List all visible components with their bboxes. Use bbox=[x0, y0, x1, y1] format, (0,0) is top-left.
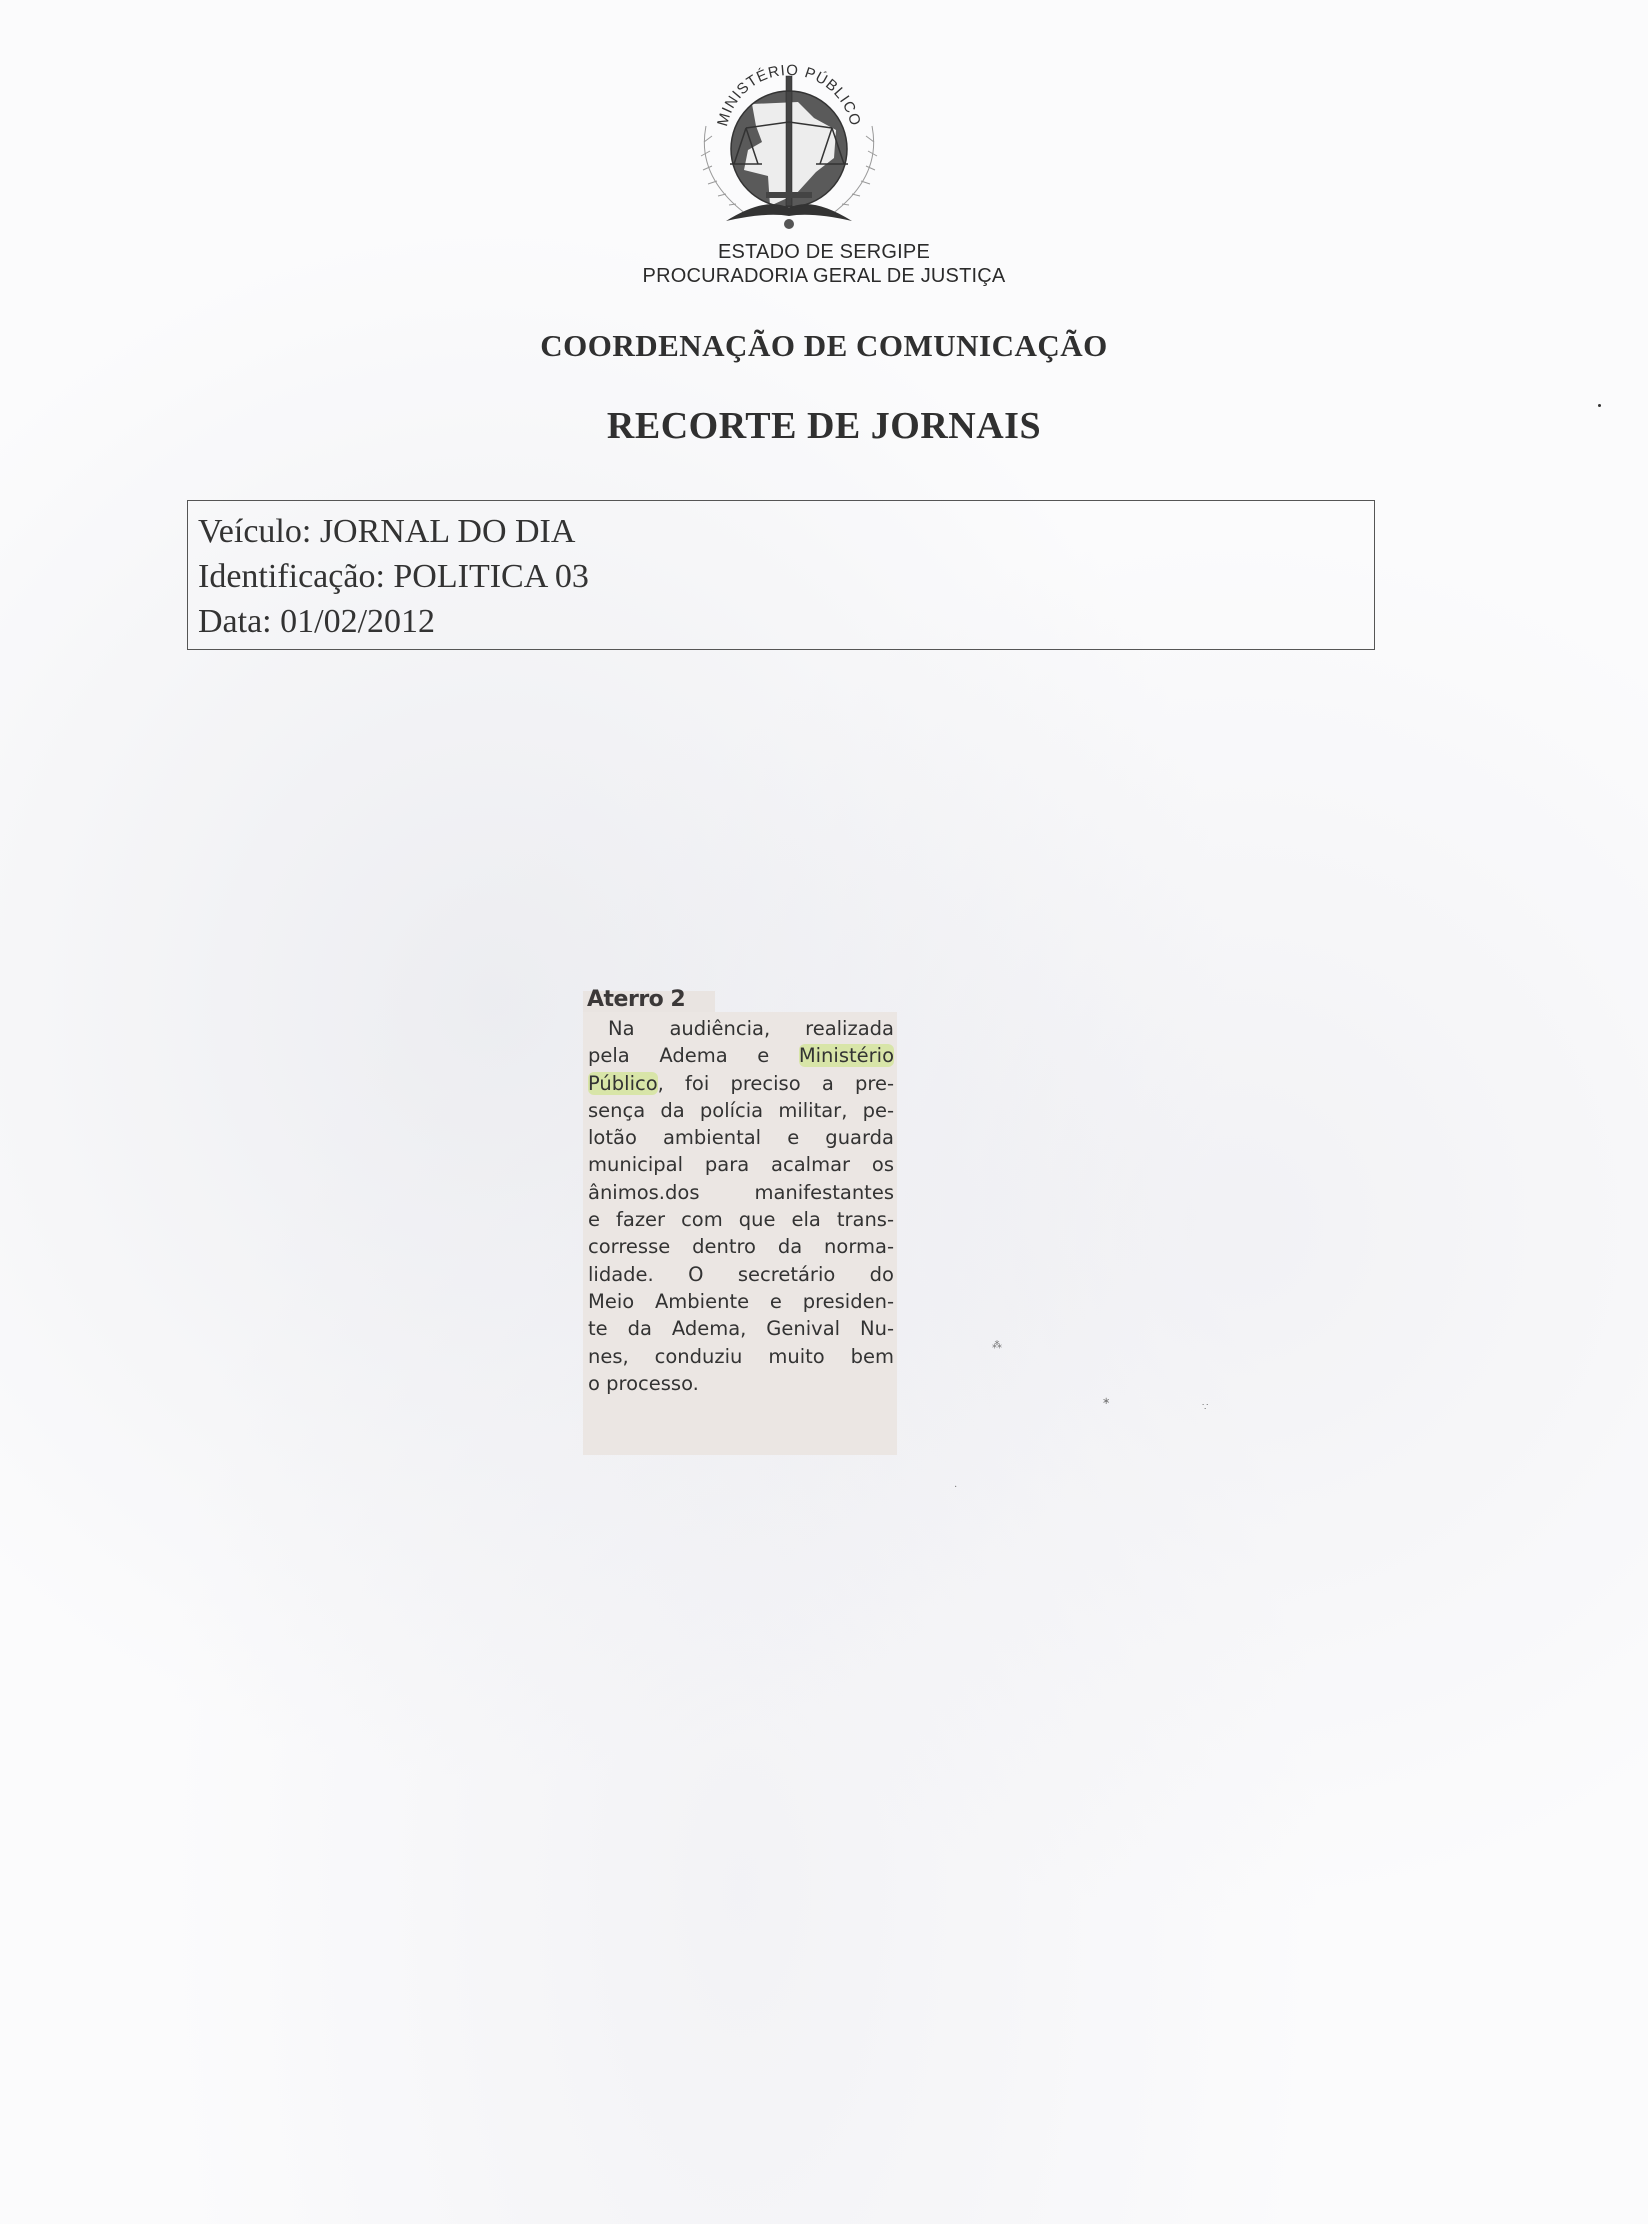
clipping-body: Na audiência, realizadapela Adema e Mini… bbox=[588, 1015, 894, 1397]
organization-name: PROCURADORIA GERAL DE JUSTIÇA bbox=[0, 264, 1648, 288]
highlighted-text: Público bbox=[588, 1072, 658, 1095]
date-label: Data: bbox=[198, 603, 272, 640]
vehicle-row: Veículo: JORNAL DO DIA bbox=[198, 509, 1374, 554]
clipping-heading: Aterro 2 bbox=[587, 987, 685, 1012]
department-title: COORDENAÇÃO DE COMUNICAÇÃO bbox=[0, 328, 1648, 364]
highlighted-text: Ministério bbox=[799, 1044, 894, 1067]
identification-label: Identificação: bbox=[198, 558, 385, 595]
clipping-line: nes, conduziu muito bem bbox=[588, 1343, 894, 1370]
clipping-line: Público, foi preciso a pre- bbox=[588, 1070, 894, 1097]
page-title: RECORTE DE JORNAIS bbox=[0, 404, 1648, 448]
vehicle-value: JORNAL DO DIA bbox=[320, 513, 576, 550]
clipping-line: pela Adema e Ministério bbox=[588, 1042, 894, 1069]
state-name: ESTADO DE SERGIPE bbox=[0, 240, 1648, 264]
scan-speck: ∵ bbox=[1202, 1402, 1208, 1413]
date-row: Data: 01/02/2012 bbox=[198, 599, 1374, 644]
scan-speck bbox=[1598, 404, 1601, 407]
identification-row: Identificação: POLITICA 03 bbox=[198, 554, 1374, 599]
clipping-line: corresse dentro da norma- bbox=[588, 1233, 894, 1260]
clipping-line: municipal para acalmar os bbox=[588, 1151, 894, 1178]
clipping-line: lidade. O secretário do bbox=[588, 1261, 894, 1288]
clipping-metadata-box: Veículo: JORNAL DO DIA Identificação: PO… bbox=[187, 500, 1375, 650]
date-value: 01/02/2012 bbox=[280, 603, 435, 640]
clipping-line: lotão ambiental e guarda bbox=[588, 1124, 894, 1151]
clipping-line: ânimos.dos manifestantes bbox=[588, 1179, 894, 1206]
clipping-line: Na audiência, realizada bbox=[588, 1015, 894, 1042]
clipping-line: te da Adema, Genival Nu- bbox=[588, 1315, 894, 1342]
vehicle-label: Veículo: bbox=[198, 513, 311, 550]
clipping-line: sença da polícia militar, pe- bbox=[588, 1097, 894, 1124]
clipping-line: Meio Ambiente e presiden- bbox=[588, 1288, 894, 1315]
ministerio-publico-seal-icon: MINISTÉRIO PÚBLICO bbox=[686, 46, 892, 236]
scan-speck: ∗ bbox=[1102, 1396, 1110, 1407]
scan-speck: ⁂ bbox=[992, 1340, 1002, 1351]
clipping-line: o processo. bbox=[588, 1370, 894, 1397]
scan-speck: · bbox=[954, 1482, 957, 1493]
identification-value: POLITICA 03 bbox=[393, 558, 589, 595]
clipping-line: e fazer com que ela trans- bbox=[588, 1206, 894, 1233]
